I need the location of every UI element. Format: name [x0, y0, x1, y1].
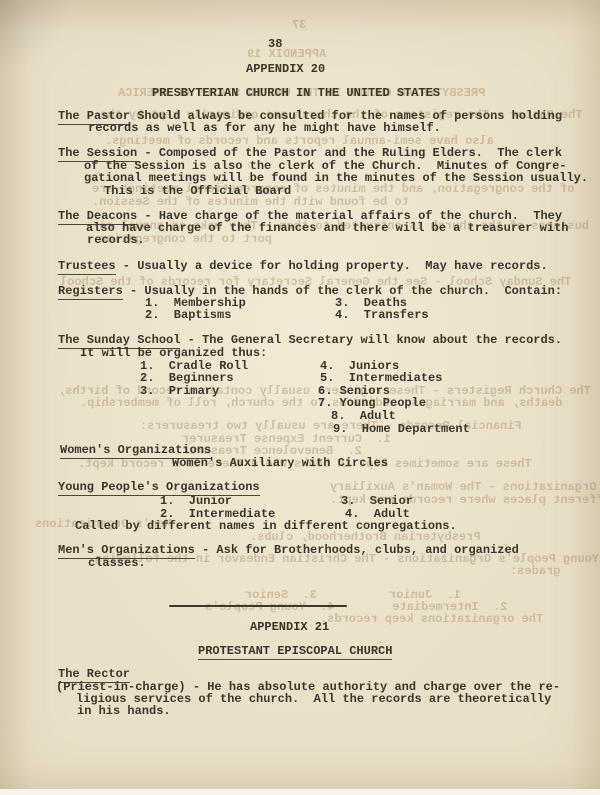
- appendix20-heading: APPENDIX 20: [246, 63, 325, 76]
- trustees-line-1: Trustees - Usually a device for holding …: [58, 260, 548, 273]
- appendix21-heading: APPENDIX 21: [250, 621, 329, 634]
- womens-auxiliary-line: Women's Auxiliary with Circles: [172, 457, 388, 470]
- mens-text: - Ask for Brotherhoods, clubs, and organ…: [195, 543, 519, 557]
- registers-list-item: 4. Transfers: [335, 309, 429, 322]
- young-peoples-note: Called by different names in different c…: [75, 520, 457, 533]
- trustees-text: - Usually a device for holding property.…: [116, 259, 548, 273]
- registers-line-1: Registers - Usually in the hands of the …: [58, 285, 562, 298]
- appendix20-title: PRESBYTERIAN CHURCH IN THE UNITED STATES: [152, 87, 440, 100]
- scanner-edge-strip: [0, 789, 600, 795]
- rector-line-3: in his hands.: [77, 705, 171, 718]
- sunday-school-text: - The General Secretary will know about …: [180, 333, 562, 347]
- separator-rule: [169, 605, 347, 607]
- page-number: 38: [268, 38, 282, 51]
- young-peoples-heading: Young People's Organizations: [58, 481, 260, 494]
- registers-list-item: 2. Baptisms: [145, 309, 231, 322]
- sunday-school-list-item: 9. Home Department: [333, 423, 470, 436]
- bleed-through-text: 2. Intermediate 4. Young People's: [205, 601, 507, 614]
- pastor-line-2: records as well as for any he might have…: [88, 122, 441, 135]
- appendix21-title-text: PROTESTANT EPISCOPAL CHURCH: [198, 644, 392, 660]
- bleed-through-text: 37: [292, 19, 306, 32]
- bleed-through-text: The organizations keep records.: [320, 613, 543, 626]
- bleed-through-text: 1. Junior 3. Senior: [245, 589, 461, 602]
- session-text: - Composed of the Pastor and the Ruling …: [137, 146, 562, 160]
- session-line-4: This is the Official Board: [104, 185, 291, 198]
- sunday-school-list-item: 3. Primary: [140, 385, 219, 398]
- appendix21-title: PROTESTANT EPISCOPAL CHURCH: [198, 645, 392, 658]
- bleed-through-text: Women's Organizations - The Woman's Auxi…: [330, 481, 600, 494]
- bleed-through-text: grades:: [510, 565, 560, 578]
- trustees-lead: Trustees: [58, 259, 116, 275]
- registers-lead: Registers: [58, 284, 123, 300]
- deacons-line-2: also have charge of the finances and the…: [86, 222, 568, 235]
- deacons-line-3: records.: [87, 234, 145, 247]
- mens-line-2: classes.: [88, 557, 146, 570]
- scanned-document-page: 37 APPENDIX 19 PRESBYTERIAN CHURCH IN TH…: [0, 0, 600, 795]
- bleed-through-text: APPENDIX 19: [247, 48, 326, 61]
